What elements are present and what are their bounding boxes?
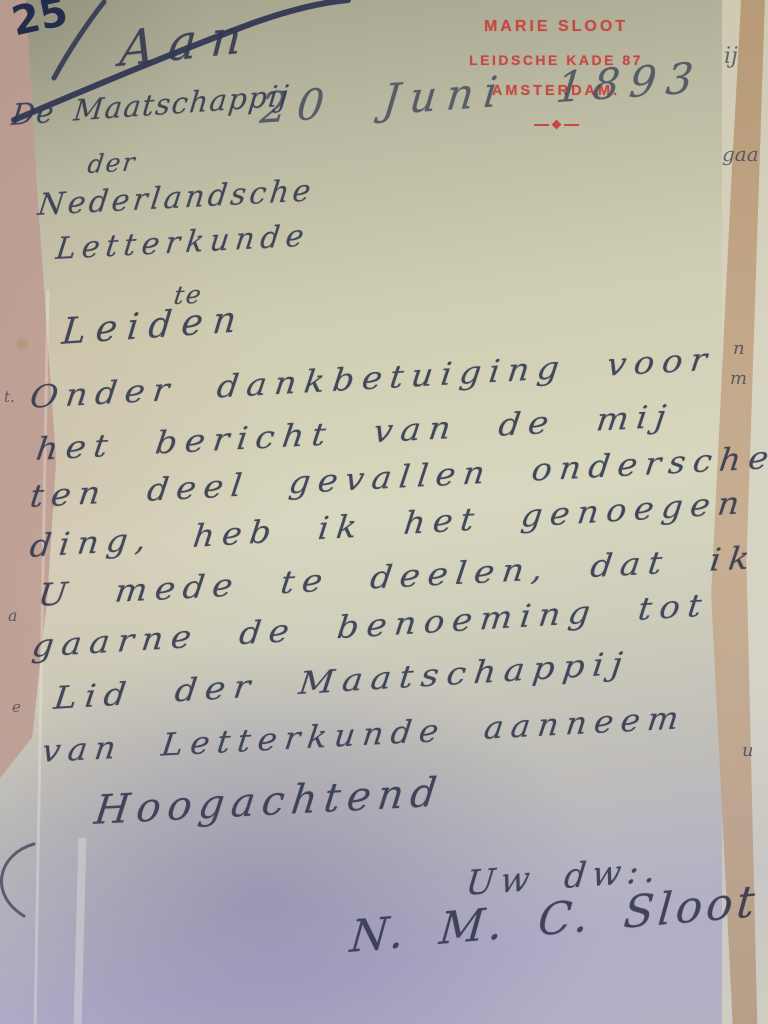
edge-fragment: n xyxy=(733,338,745,359)
divider-bar-icon xyxy=(564,124,579,126)
letterhead-divider-ornament xyxy=(440,121,672,128)
stray-ink-stroke-icon xyxy=(0,838,42,922)
recipient-line: der xyxy=(86,147,138,179)
edge-fragment: a xyxy=(8,606,18,625)
closing-salutation: Hoogachtend xyxy=(92,769,446,834)
recipient-line: Nederlandsche xyxy=(36,173,316,223)
recipient-line: Letterkunde xyxy=(54,218,312,267)
paper-crease xyxy=(74,838,87,1024)
letter-photograph: 25 MARIE SLOOT LEIDSCHE KADE 87 AMSTERDA… xyxy=(0,0,768,1024)
recipient-line: Leiden xyxy=(60,299,248,353)
edge-fragment: t. xyxy=(4,388,15,406)
edge-fragment: ij xyxy=(724,44,738,69)
paper-stain xyxy=(14,336,30,352)
edge-fragment: gaa xyxy=(722,142,759,166)
divider-bar-icon xyxy=(534,124,549,126)
edge-fragment: e xyxy=(12,698,21,716)
edge-fragment: m xyxy=(730,368,747,389)
letterhead-name: MARIE SLOOT xyxy=(440,18,672,36)
edge-fragment: u xyxy=(742,740,754,761)
divider-diamond-icon xyxy=(551,120,561,130)
